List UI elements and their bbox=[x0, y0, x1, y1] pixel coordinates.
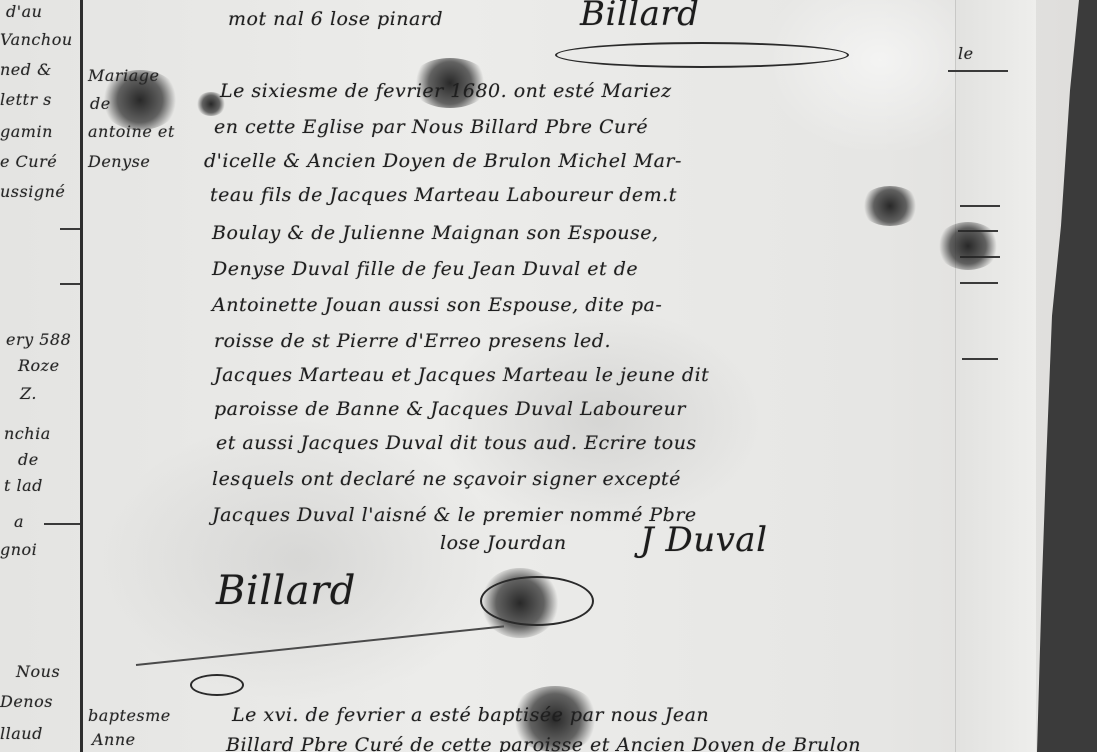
margin-dash bbox=[60, 283, 80, 285]
margin-note: ned & bbox=[0, 60, 52, 79]
margin-note: nchia bbox=[4, 424, 51, 443]
margin-note: Nous bbox=[16, 662, 60, 681]
record-line: Billard Pbre Curé de cette paroisse et A… bbox=[226, 734, 861, 752]
margin-note: gamin bbox=[0, 122, 53, 141]
header-line: mot nal 6 lose pinard bbox=[228, 8, 443, 30]
margin-dash bbox=[948, 70, 1008, 72]
right-margin-fragment: le bbox=[958, 44, 974, 63]
margin-note: Denos bbox=[0, 692, 53, 711]
right-margin-strip bbox=[955, 0, 1036, 752]
margin-note: ussigné bbox=[0, 182, 65, 201]
record-line: Antoinette Jouan aussi son Espouse, dite… bbox=[212, 294, 662, 316]
signature-flourish-line bbox=[136, 625, 504, 666]
margin-note: llaud bbox=[0, 724, 43, 743]
record-line: Jacques Duval l'aisné & le premier nommé… bbox=[212, 504, 697, 526]
margin-note: Roze bbox=[18, 356, 60, 375]
margin-note: d'au bbox=[6, 2, 42, 21]
signature-duval: J Duval bbox=[640, 520, 767, 560]
margin-note: gnoi bbox=[0, 540, 37, 559]
entry-margin-title: Anne bbox=[92, 730, 136, 749]
record-line: et aussi Jacques Duval dit tous aud. Ecr… bbox=[216, 432, 697, 454]
record-line: lesquels ont declaré ne sçavoir signer e… bbox=[212, 468, 681, 490]
entry-margin-title: baptesme bbox=[88, 706, 171, 725]
margin-note: t lad bbox=[4, 476, 43, 495]
scan-dark-edge bbox=[1037, 0, 1097, 752]
ink-blot bbox=[860, 186, 920, 226]
margin-note: lettr s bbox=[0, 90, 52, 109]
entry-margin-title: Denyse bbox=[88, 152, 150, 171]
signature-flourish-loop bbox=[190, 674, 244, 696]
record-line: lose Jourdan bbox=[440, 532, 567, 554]
record-line: Denyse Duval fille de feu Jean Duval et … bbox=[212, 258, 638, 280]
record-line: en cette Eglise par Nous Billard Pbre Cu… bbox=[214, 116, 648, 138]
record-line: Boulay & de Julienne Maignan son Espouse… bbox=[212, 222, 659, 244]
margin-note: a bbox=[14, 512, 24, 531]
signature-paraph bbox=[480, 576, 594, 626]
record-line: Jacques Marteau et Jacques Marteau le je… bbox=[214, 364, 709, 386]
record-line: d'icelle & Ancien Doyen de Brulon Michel… bbox=[204, 150, 682, 172]
margin-dash bbox=[960, 205, 1000, 207]
entry-margin-title: Mariage bbox=[88, 66, 159, 85]
margin-dash bbox=[960, 282, 998, 284]
signature-flourish bbox=[555, 42, 849, 68]
record-line: teau fils de Jacques Marteau Laboureur d… bbox=[210, 184, 677, 206]
margin-rule bbox=[80, 0, 83, 752]
record-line: paroisse de Banne & Jacques Duval Labour… bbox=[214, 398, 686, 420]
margin-note: de bbox=[18, 450, 39, 469]
margin-dash bbox=[44, 523, 80, 525]
signature-billard: Billard bbox=[216, 568, 356, 614]
margin-note: ery 588 bbox=[6, 330, 71, 349]
manuscript-page: le mot nal 6 lose pinard Billard d'au Va… bbox=[0, 0, 1097, 752]
record-line: Le xvi. de fevrier a esté baptisée par n… bbox=[232, 704, 709, 726]
margin-dash bbox=[962, 358, 998, 360]
margin-dash bbox=[60, 228, 80, 230]
record-line: roisse de st Pierre d'Erreo presens led. bbox=[214, 330, 611, 352]
margin-note: Vanchou bbox=[0, 30, 73, 49]
record-line: Le sixiesme de fevrier 1680. ont esté Ma… bbox=[220, 80, 672, 102]
ink-blot bbox=[936, 222, 1000, 270]
margin-note: e Curé bbox=[0, 152, 57, 171]
header-signature: Billard bbox=[580, 0, 699, 34]
margin-note: Z. bbox=[20, 384, 37, 403]
entry-margin-title: de bbox=[90, 94, 111, 113]
entry-margin-title: antoine et bbox=[88, 122, 175, 141]
